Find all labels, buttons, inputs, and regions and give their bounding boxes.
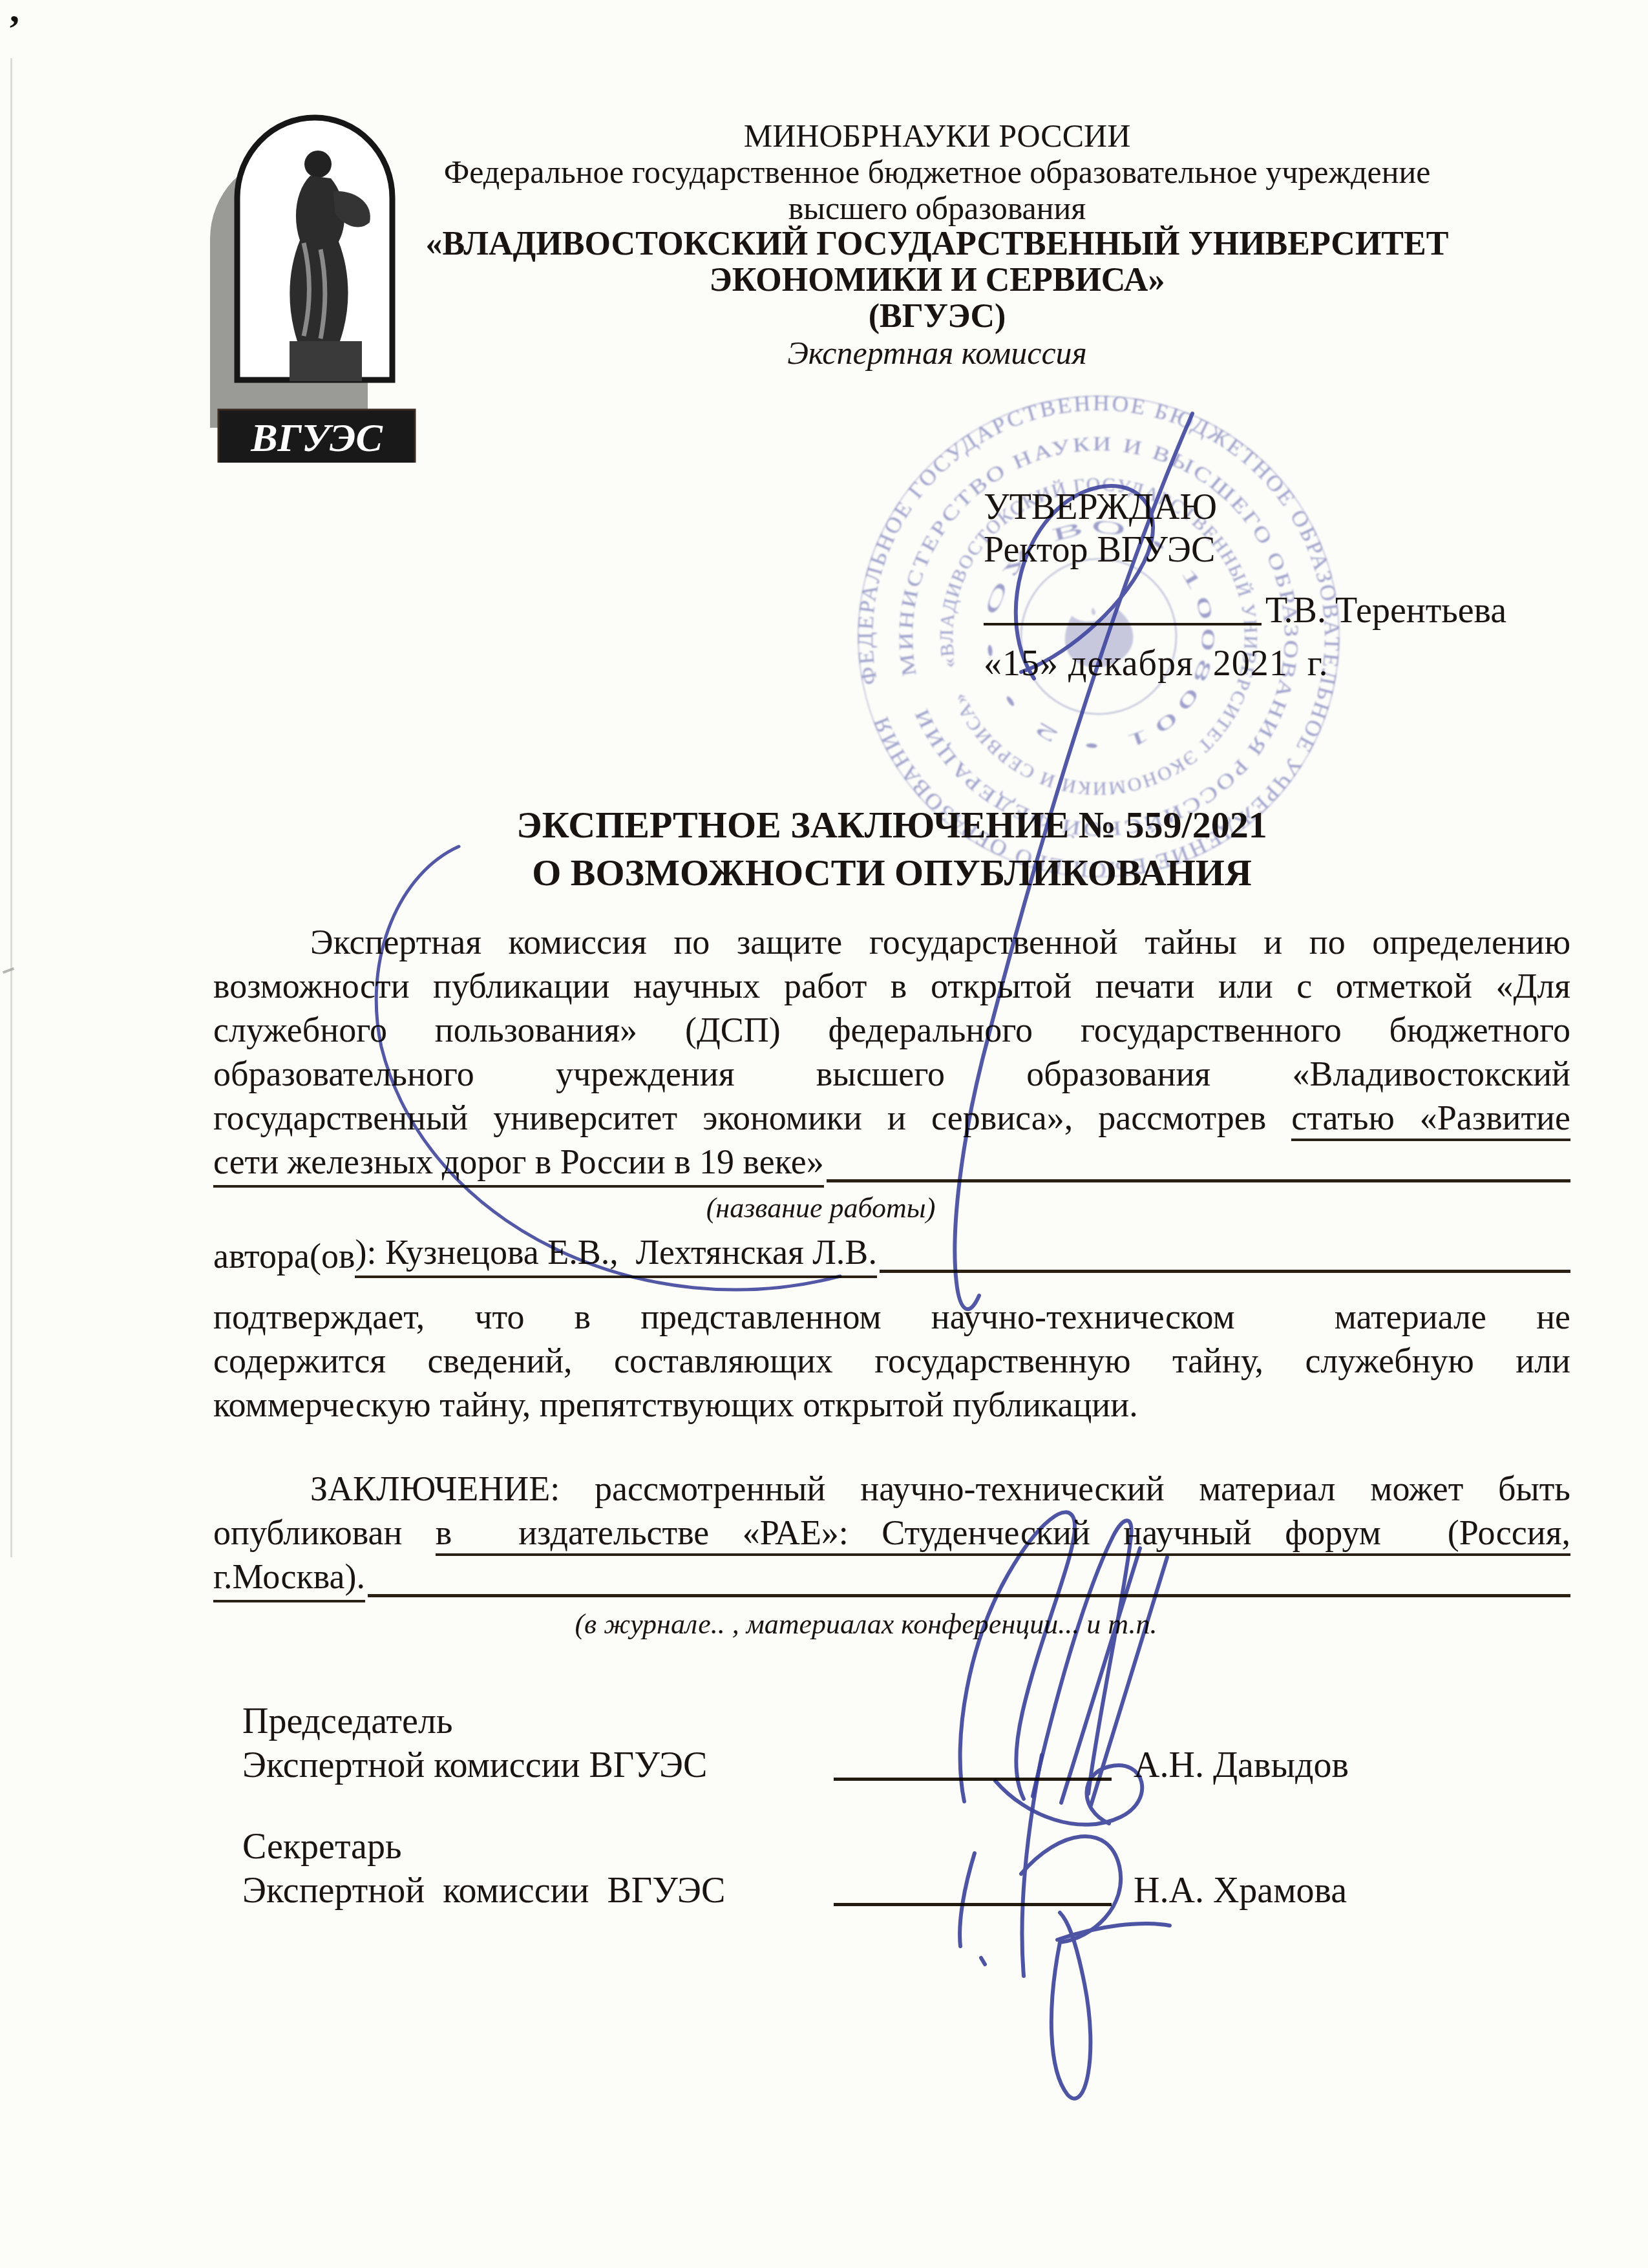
paragraph-line: Экспертная комиссия по защите государств… (213, 920, 1570, 964)
approval-signer-name: Т.В. Терентьева (1265, 589, 1506, 632)
work-title-line: сети железных дорог в России в 19 веке» (213, 1140, 1570, 1188)
letterhead: МИНОБРНАУКИ РОССИИ Федеральное государст… (336, 118, 1538, 371)
paragraph-line: возможности публикации научных работ в о… (213, 964, 1570, 1008)
scan-artifact-dash (3, 967, 14, 974)
org-type-line-2: высшего образования (336, 190, 1538, 226)
document-body: ЭКСПЕРТНОЕ ЗАКЛЮЧЕНИЕ № 559/2021 О ВОЗМО… (213, 801, 1570, 1641)
scanned-document-page: ’ ВГУЭС МИНОБРНАУКИ РОССИИ Федеральное г… (0, 0, 1648, 2268)
paragraph-commission: Экспертная комиссия по защите государств… (213, 920, 1570, 1188)
work-title-caption: (название работы) (142, 1192, 1499, 1225)
paragraph-text: государственный университет экономики и … (213, 1098, 1291, 1137)
authors-prefix: автора(ов (213, 1234, 355, 1278)
scan-artifact-edge-line (10, 58, 12, 1557)
document-title-line-2: О ВОЗМОЖНОСТИ ОПУБЛИКОВАНИЯ (213, 849, 1570, 897)
paragraph-confirmation: подтверждает, что в представленном научн… (213, 1295, 1570, 1427)
signer-role-line-1: Председатель (242, 1699, 834, 1743)
signer-role-line-2: Экспертной комиссии ВГУЭС (242, 1869, 834, 1913)
department-line: Экспертная комиссия (336, 335, 1538, 371)
approval-date: «15» декабря 2021 г. (984, 642, 1604, 685)
paragraph-line: содержится сведений, составляющих госуда… (213, 1339, 1570, 1383)
paragraph-line: служебного пользования» (ДСП) федерально… (213, 1008, 1570, 1052)
paragraph-line: образовательного учреждения высшего обра… (213, 1052, 1570, 1096)
signer-role: Секретарь Экспертной комиссии ВГУЭС (242, 1825, 834, 1913)
paragraph-line: государственный университет экономики и … (213, 1096, 1570, 1140)
paragraph-conclusion: ЗАКЛЮЧЕНИЕ: рассмотренный научно-техниче… (213, 1467, 1570, 1602)
work-title-underlined-start: статью «Развитие (1291, 1098, 1570, 1141)
approval-block: УТВЕРЖДАЮ Ректор ВГУЭС Т.В. Терентьева «… (984, 486, 1604, 685)
publisher-blank-line (368, 1594, 1570, 1597)
signer-role: Председатель Экспертной комиссии ВГУЭС (242, 1699, 834, 1787)
approval-label: УТВЕРЖДАЮ (984, 486, 1604, 529)
signature-line (834, 1903, 1112, 1906)
publisher-city-line: г.Москва). (213, 1555, 1570, 1602)
signer-name: Н.А. Храмова (1134, 1869, 1347, 1913)
paragraph-line: ЗАКЛЮЧЕНИЕ: рассмотренный научно-техниче… (213, 1467, 1570, 1511)
authors-underlined: ): Кузнецова Е.В., Лехтянская Л.В. (355, 1230, 876, 1278)
authors-line: автора(ов): Кузнецова Е.В., Лехтянская Л… (213, 1230, 1570, 1278)
paragraph-text: опубликован (213, 1513, 436, 1552)
publisher-underlined: в издательстве «РАЕ»: Студенческий научн… (436, 1513, 1570, 1556)
signer-name: А.Н. Давыдов (1134, 1743, 1349, 1787)
signature-row-secretary: Секретарь Экспертной комиссии ВГУЭС Н.А.… (242, 1825, 1380, 1913)
university-name-line-2: ЭКОНОМИКИ И СЕРВИСА» (336, 262, 1538, 299)
signature-line (834, 1778, 1112, 1781)
logo-acronym: ВГУЭС (250, 416, 383, 460)
signer-role-line-2: Экспертной комиссии ВГУЭС (242, 1743, 834, 1787)
publisher-caption: (в журнале.. , материалах конференции...… (187, 1608, 1545, 1641)
approval-role: Ректор ВГУЭС (984, 529, 1604, 571)
approval-signature-row: Т.В. Терентьева (984, 589, 1604, 632)
paragraph-line: подтверждает, что в представленном научн… (213, 1295, 1570, 1339)
work-title-blank-line (827, 1179, 1570, 1182)
publisher-city-underlined: г.Москва). (213, 1555, 365, 1602)
signer-role-line-1: Секретарь (242, 1825, 834, 1869)
paragraph-line: опубликован в издательстве «РАЕ»: Студен… (213, 1511, 1570, 1555)
university-abbr: (ВГУЭС) (336, 299, 1538, 335)
approval-signature-line (984, 623, 1262, 625)
secretary-signature (960, 1755, 1170, 2099)
scan-artifact-corner: ’ (8, 9, 21, 48)
signature-row-chairman: Председатель Экспертной комиссии ВГУЭС А… (242, 1699, 1380, 1787)
ministry-line: МИНОБРНАУКИ РОССИИ (336, 118, 1538, 154)
org-type-line-1: Федеральное государственное бюджетное об… (336, 154, 1538, 190)
work-title-underlined: сети железных дорог в России в 19 веке» (213, 1140, 824, 1188)
authors-blank-line (880, 1270, 1570, 1273)
document-title-line-1: ЭКСПЕРТНОЕ ЗАКЛЮЧЕНИЕ № 559/2021 (213, 801, 1570, 849)
paragraph-line: коммерческую тайну, препятствующих откры… (213, 1383, 1570, 1427)
university-name-line-1: «ВЛАДИВОСТОКСКИЙ ГОСУДАРСТВЕННЫЙ УНИВЕРС… (336, 226, 1538, 262)
